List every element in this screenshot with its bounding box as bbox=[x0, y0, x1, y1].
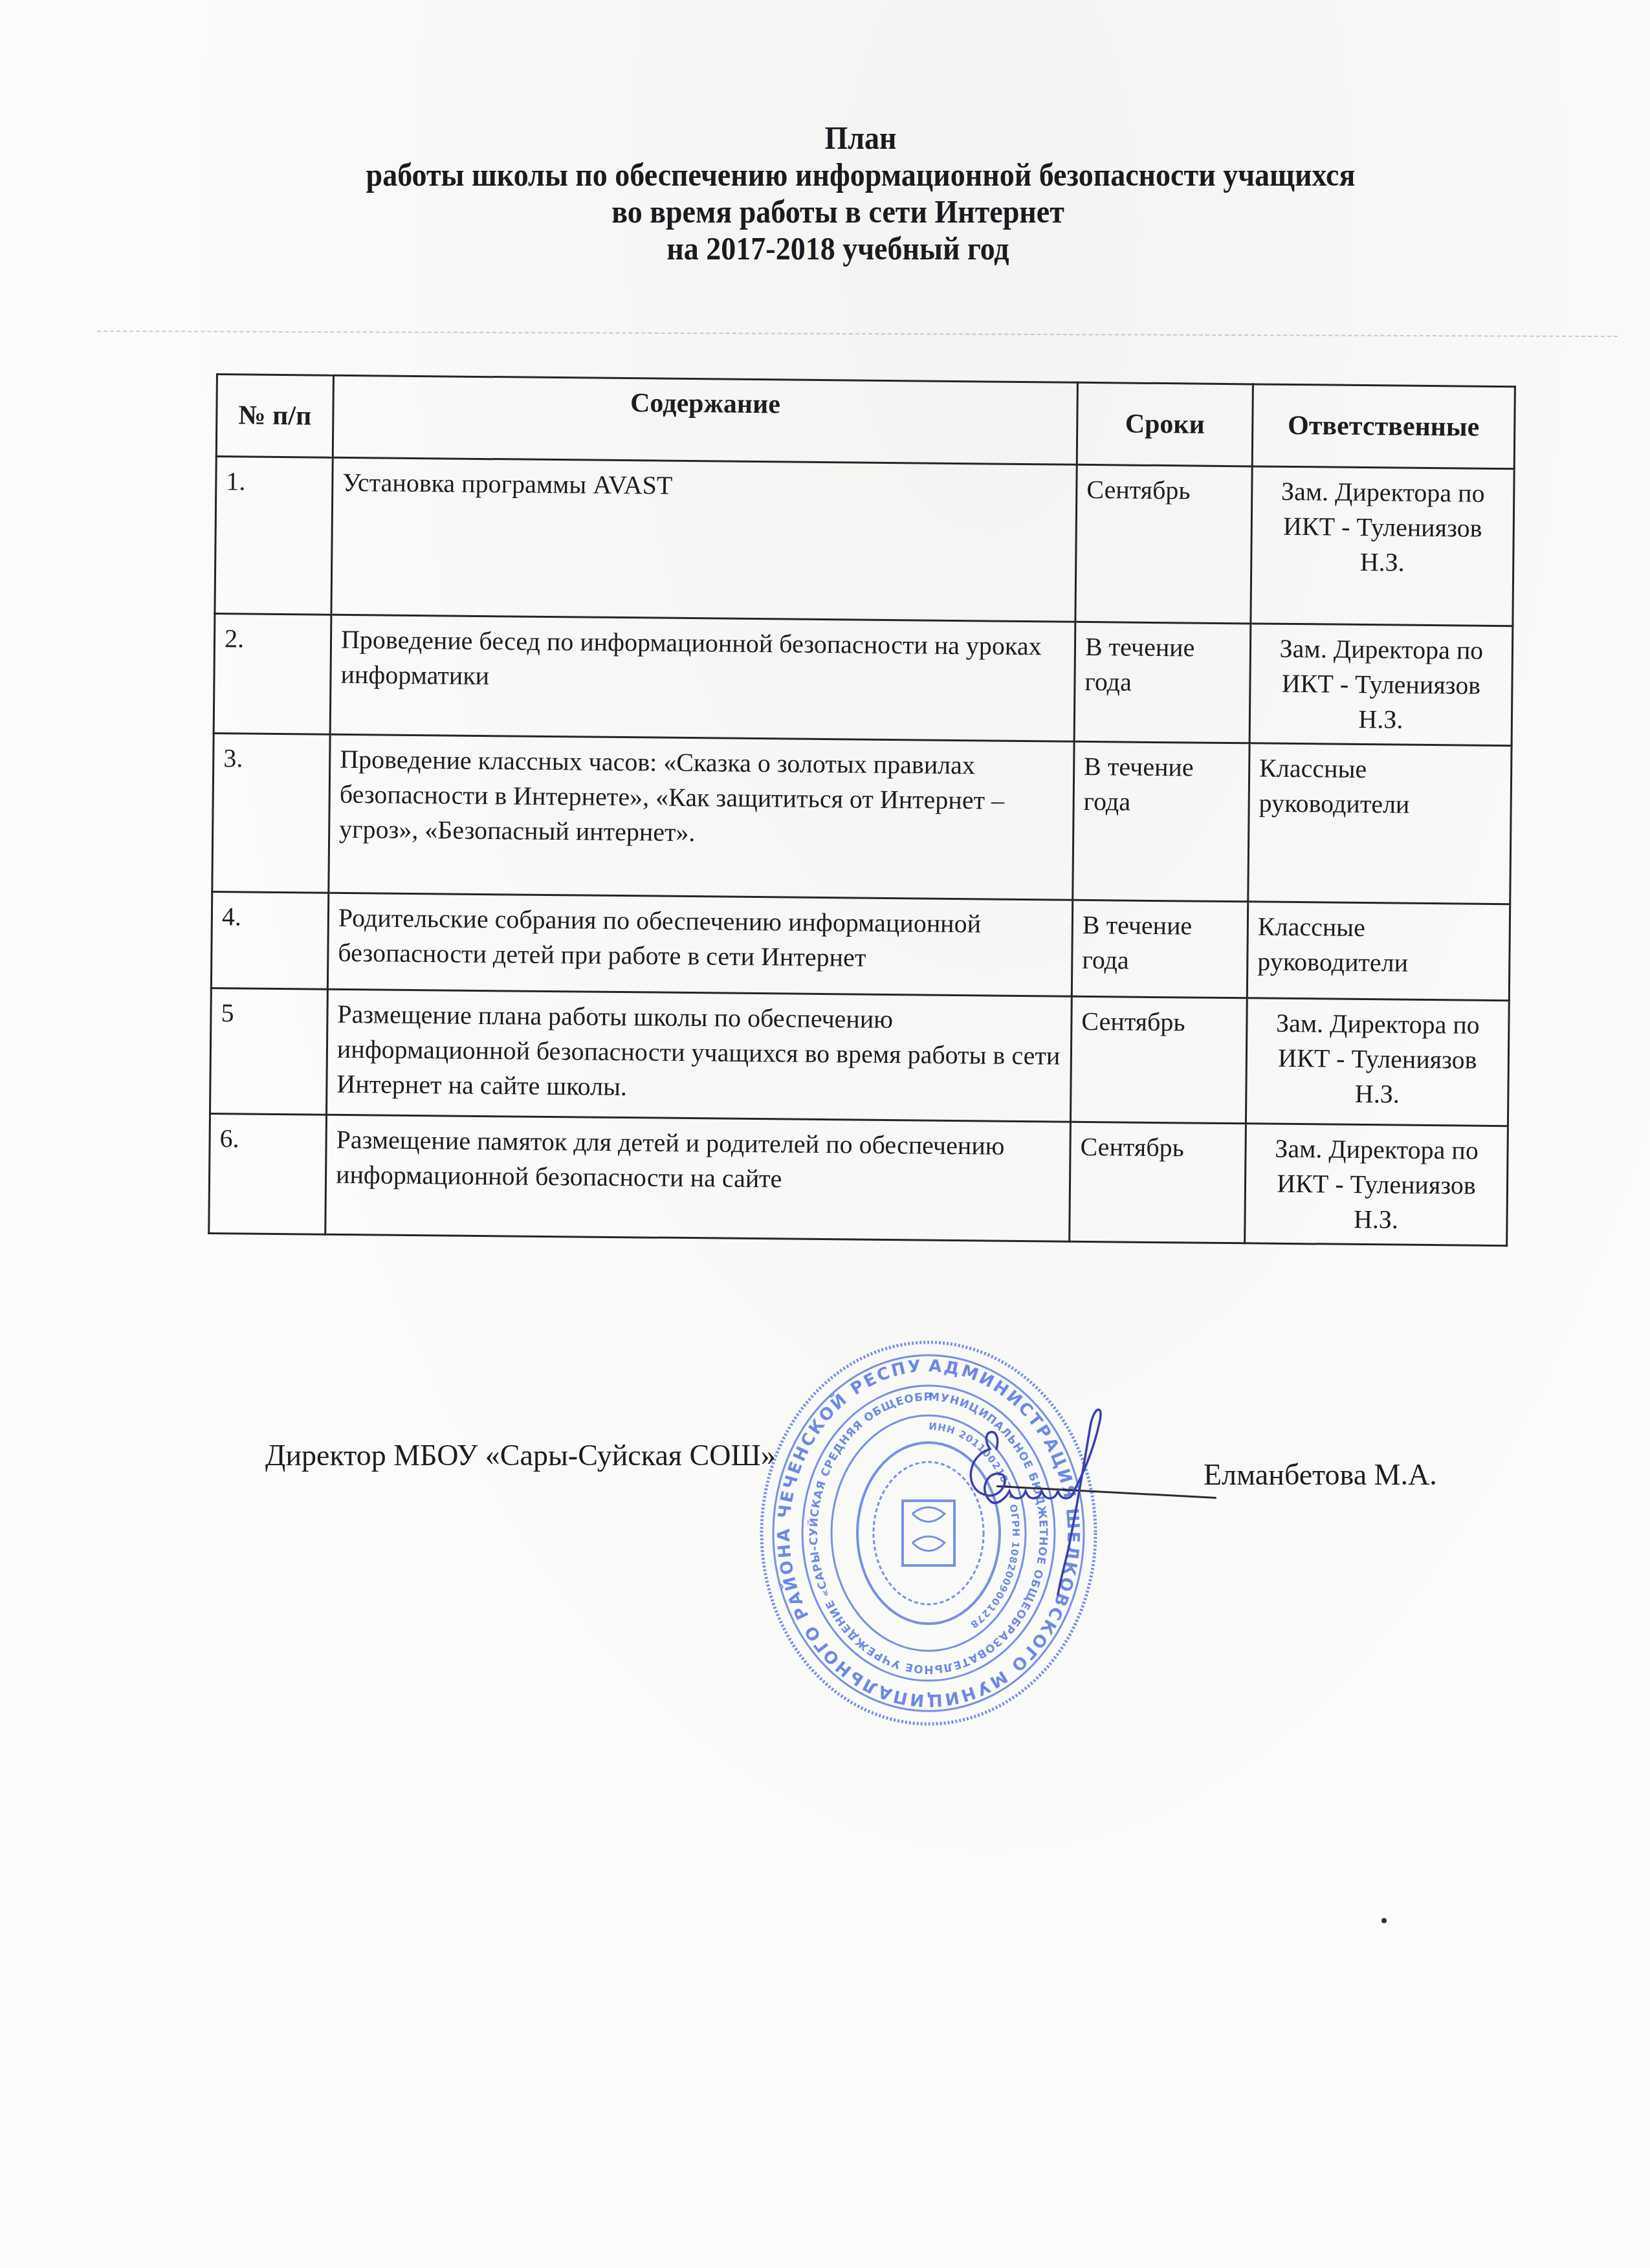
header-content: Содержание bbox=[333, 375, 1077, 464]
scan-speck bbox=[1381, 1918, 1387, 1923]
row-term: В течение года bbox=[1074, 622, 1251, 743]
table-row: 2. Проведение бесед по информационной бе… bbox=[214, 613, 1513, 745]
title-line: работы школы по обеспечению информационн… bbox=[135, 157, 1587, 193]
header-term: Сроки bbox=[1077, 382, 1253, 466]
row-content: Установка программы AVAST bbox=[331, 457, 1077, 622]
row-num: 5 bbox=[210, 988, 328, 1115]
row-content: Размещение памяток для детей и родителей… bbox=[325, 1115, 1071, 1241]
row-responsible: Зам. Директора по ИКТ - Тулениязов Н.З. bbox=[1249, 624, 1513, 746]
row-num: 2. bbox=[214, 613, 331, 734]
row-responsible: Классные руководители bbox=[1247, 902, 1510, 1001]
header-responsible: Ответственные bbox=[1252, 384, 1515, 469]
row-term: Сентябрь bbox=[1070, 996, 1247, 1124]
signatory-name: Елманбетова М.А. bbox=[1204, 1456, 1437, 1494]
title-line: на 2017-2018 учебный год bbox=[91, 230, 1585, 267]
row-num: 6. bbox=[209, 1113, 327, 1234]
row-num: 4. bbox=[211, 891, 328, 989]
document-title: План работы школы по обеспечению информа… bbox=[0, 120, 1650, 267]
table-row: 1. Установка программы AVAST Сентябрь За… bbox=[215, 457, 1514, 626]
row-content: Родительские собрания по обеспечению инф… bbox=[327, 893, 1072, 996]
plan-table: № п/п Содержание Сроки Ответственные 1. … bbox=[208, 373, 1516, 1247]
table-row: 5 Размещение плана работы школы по обесп… bbox=[210, 988, 1510, 1126]
row-responsible: Классные руководители bbox=[1248, 743, 1512, 904]
signatory-position: Директор МБОУ «Сары-Суйская СОШ» bbox=[265, 1436, 776, 1475]
scan-artifact-line bbox=[97, 331, 1618, 337]
row-content: Проведение бесед по информационной безоп… bbox=[330, 615, 1075, 741]
row-term: В течение года bbox=[1072, 900, 1248, 998]
table-row: 6. Размещение памяток для детей и родите… bbox=[209, 1113, 1508, 1245]
row-num: 1. bbox=[215, 457, 333, 615]
title-line: План bbox=[135, 120, 1587, 157]
table-row: 4. Родительские собрания по обеспечению … bbox=[211, 891, 1510, 1000]
row-num: 3. bbox=[212, 733, 330, 893]
handwritten-signature-icon bbox=[958, 1404, 1229, 1675]
row-responsible: Зам. Директора по ИКТ - Тулениязов Н.З. bbox=[1245, 1124, 1508, 1246]
row-content: Размещение плана работы школы по обеспеч… bbox=[327, 989, 1072, 1122]
row-responsible: Зам. Директора по ИКТ - Тулениязов Н.З. bbox=[1251, 466, 1514, 626]
row-term: В течение года bbox=[1073, 741, 1249, 902]
table-row: 3. Проведение классных часов: «Сказка о … bbox=[212, 733, 1512, 904]
row-term: Сентябрь bbox=[1070, 1122, 1246, 1243]
header-num: № п/п bbox=[216, 375, 333, 458]
title-line: во время работы в сети Интернет bbox=[91, 193, 1585, 230]
row-content: Проведение классных часов: «Сказка о зол… bbox=[329, 734, 1074, 900]
row-term: Сентябрь bbox=[1075, 464, 1252, 624]
table-header-row: № п/п Содержание Сроки Ответственные bbox=[216, 375, 1515, 469]
row-responsible: Зам. Директора по ИКТ - Тулениязов Н.З. bbox=[1246, 998, 1509, 1126]
